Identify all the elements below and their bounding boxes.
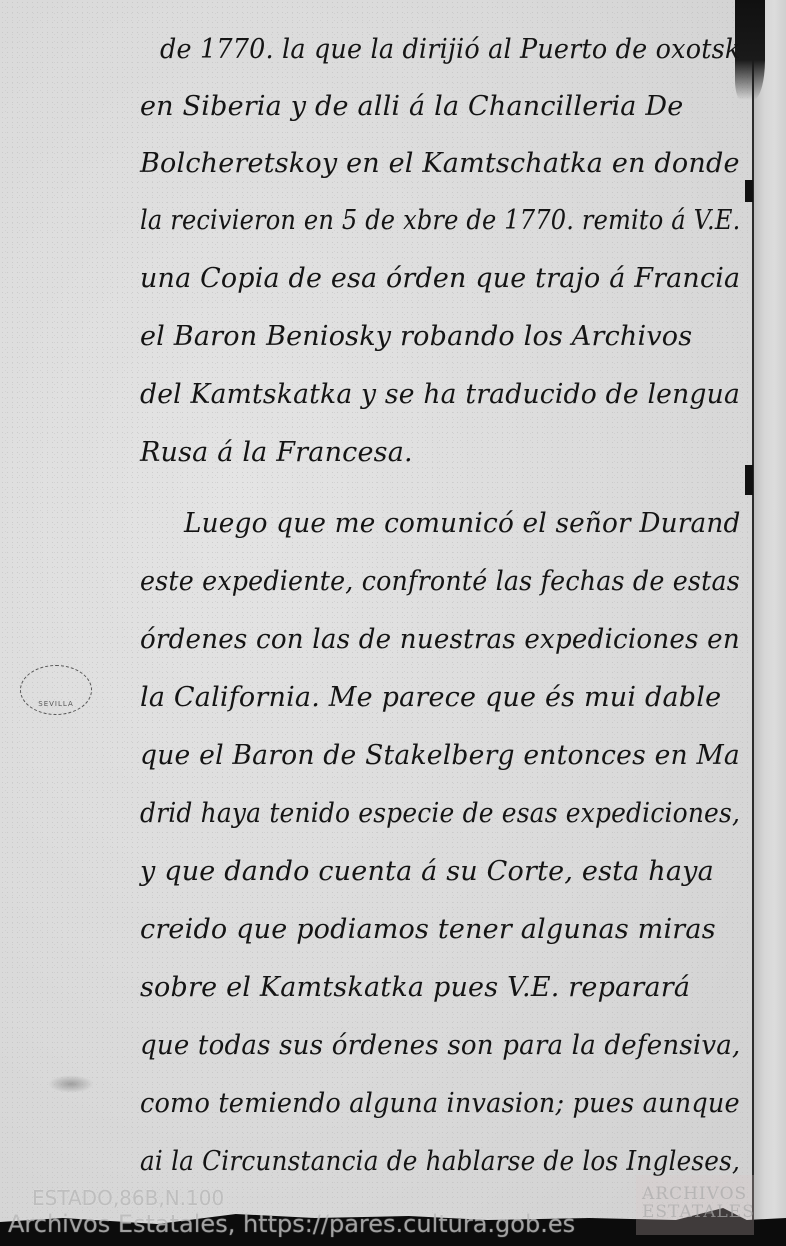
fold-mark	[745, 180, 753, 202]
text-line: del Kamtskatka y se ha traducido de leng…	[140, 379, 740, 410]
text-line: la recivieron en 5 de xbre de 1770. remi…	[140, 205, 740, 236]
archive-stamp: SEVILLA	[20, 665, 92, 715]
text-line: una Copia de esa órden que trajo á Franc…	[140, 263, 740, 294]
stamp-text: SEVILLA	[38, 700, 73, 708]
text-line: Rusa á la Francesa.	[140, 437, 413, 468]
text-line: como temiendo alguna invasion; pues aunq…	[140, 1088, 740, 1119]
text-line: ai la Circunstancia de hablarse de los I…	[140, 1146, 740, 1177]
text-line: sobre el Kamtskatka pues V.E. reparará	[140, 972, 690, 1003]
text-line: este expediente, confronté las fechas de…	[140, 566, 740, 597]
text-line: Bolcheretskoy en el Kamtschatka en donde	[140, 148, 740, 179]
text-line: drid haya tenido especie de esas expedic…	[140, 798, 740, 829]
ink-smudge	[48, 1075, 94, 1093]
fold-mark	[745, 465, 753, 495]
text-line: la California. Me parece que és mui dabl…	[140, 682, 721, 713]
text-line: Luego que me comunicó el señor Durand	[184, 508, 741, 539]
text-line: órdenes con las de nuestras expediciones…	[140, 624, 740, 655]
text-line: que el Baron de Stakelberg entonces en M…	[140, 740, 740, 771]
text-line: el Baron Beniosky robando los Archivos	[140, 321, 692, 352]
text-line: creido que podiamos tener algunas miras	[140, 914, 716, 945]
archive-reference-watermark: ESTADO,86B,N.100	[32, 1186, 224, 1210]
archive-source-watermark: Archivos Estatales, https://pares.cultur…	[8, 1210, 575, 1238]
page-fold-edge	[752, 0, 786, 1246]
manuscript-page: SEVILLA de 1770. la que la dirijió al Pu…	[0, 0, 786, 1246]
text-line: que todas sus órdenes son para la defens…	[140, 1030, 741, 1061]
archivos-estatales-logo: ARCHIVOS ESTATALES	[636, 1175, 754, 1235]
text-line: en Siberia y de alli á la Chancilleria D…	[140, 91, 683, 122]
text-line: y que dando cuenta á su Corte, esta haya	[140, 856, 714, 887]
text-line: de 1770. la que la dirijió al Puerto de …	[160, 34, 740, 65]
